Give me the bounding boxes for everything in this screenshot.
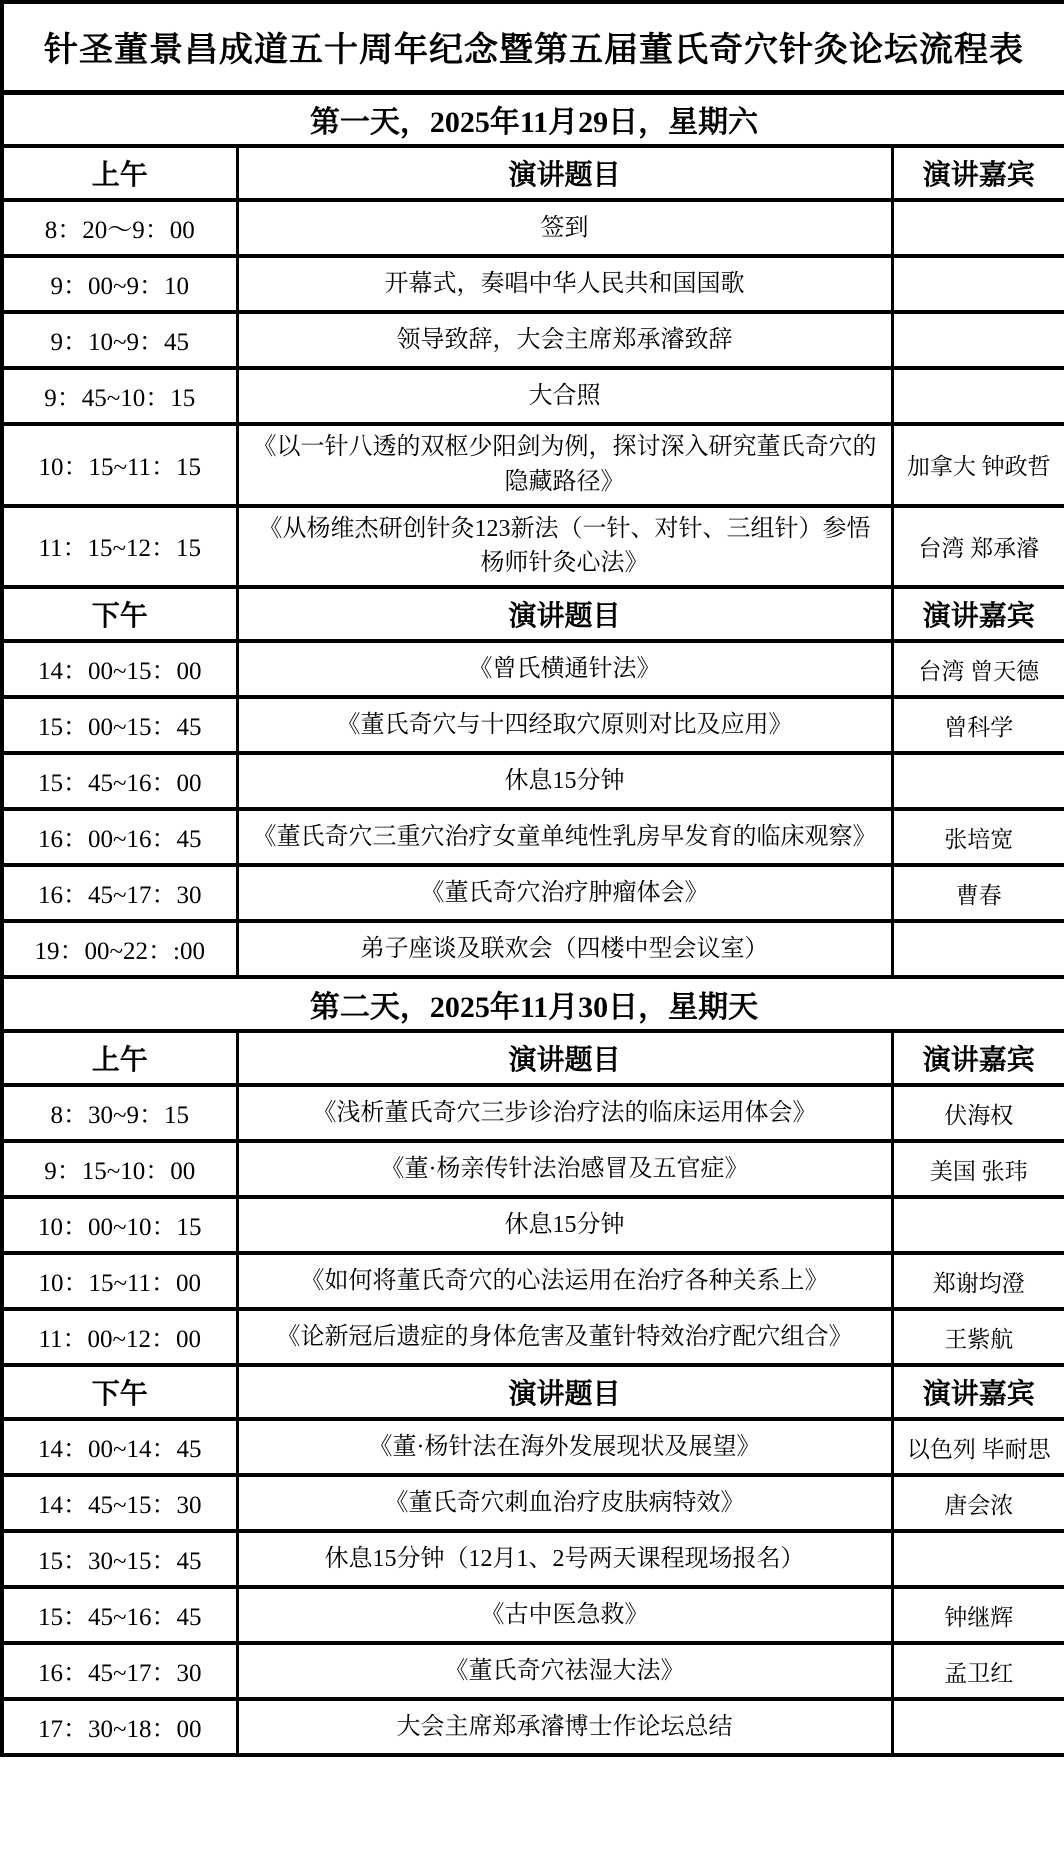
page-title: 针圣董景昌成道五十周年纪念暨第五届董氏奇穴针灸论坛流程表 (2, 2, 1064, 92)
table-title-row: 针圣董景昌成道五十周年纪念暨第五届董氏奇穴针灸论坛流程表 (2, 2, 1064, 92)
day-header-row: 第二天，2025年11月30日，星期天 (2, 977, 1064, 1031)
time-cell: 16：45~17：30 (2, 865, 237, 921)
schedule-row: 14：00~14：45《董·杨针法在海外发展现状及展望》以色列 毕耐思 (2, 1419, 1064, 1475)
speaker-cell: 台湾 郑承濬 (892, 506, 1064, 588)
topic-cell: 大合照 (237, 368, 892, 424)
period-header: 上午 (2, 1031, 237, 1085)
speaker-cell (892, 312, 1064, 368)
section-header-row: 上午演讲题目演讲嘉宾 (2, 146, 1064, 200)
speaker-column-header: 演讲嘉宾 (892, 1365, 1064, 1419)
topic-cell: 《董氏奇穴三重穴治疗女童单纯性乳房早发育的临床观察》 (237, 809, 892, 865)
topic-cell: 休息15分钟 (237, 753, 892, 809)
time-cell: 16：00~16：45 (2, 809, 237, 865)
schedule-row: 15：45~16：45《古中医急救》钟继辉 (2, 1587, 1064, 1643)
topic-cell: 《董氏奇穴刺血治疗皮肤病特效》 (237, 1475, 892, 1531)
time-cell: 14：00~15：00 (2, 641, 237, 697)
topic-cell: 大会主席郑承濬博士作论坛总结 (237, 1699, 892, 1755)
period-header: 下午 (2, 1365, 237, 1419)
schedule-row: 15：00~15：45《董氏奇穴与十四经取穴原则对比及应用》曾科学 (2, 697, 1064, 753)
schedule-row: 10：15~11：00《如何将董氏奇穴的心法运用在治疗各种关系上》郑谢均澄 (2, 1253, 1064, 1309)
speaker-cell: 郑谢均澄 (892, 1253, 1064, 1309)
schedule-row: 16：45~17：30《董氏奇穴祛湿大法》孟卫红 (2, 1643, 1064, 1699)
schedule-row: 16：45~17：30《董氏奇穴治疗肿瘤体会》曹春 (2, 865, 1064, 921)
topic-cell: 休息15分钟 (237, 1197, 892, 1253)
schedule-row: 8：30~9：15《浅析董氏奇穴三步诊治疗法的临床运用体会》伏海权 (2, 1085, 1064, 1141)
time-cell: 11：15~12：15 (2, 506, 237, 588)
topic-cell: 《浅析董氏奇穴三步诊治疗法的临床运用体会》 (237, 1085, 892, 1141)
speaker-cell (892, 753, 1064, 809)
schedule-row: 10：00~10：15休息15分钟 (2, 1197, 1064, 1253)
speaker-cell: 曾科学 (892, 697, 1064, 753)
time-cell: 10：15~11：00 (2, 1253, 237, 1309)
topic-cell: 《曾氏横通针法》 (237, 641, 892, 697)
section-header-row: 下午演讲题目演讲嘉宾 (2, 1365, 1064, 1419)
speaker-cell: 台湾 曾天德 (892, 641, 1064, 697)
topic-cell: 《董氏奇穴祛湿大法》 (237, 1643, 892, 1699)
time-cell: 17：30~18：00 (2, 1699, 237, 1755)
topic-cell: 《董·杨针法在海外发展现状及展望》 (237, 1419, 892, 1475)
schedule-row: 11：15~12：15《从杨维杰研创针灸123新法（一针、对针、三组针）参悟杨师… (2, 506, 1064, 588)
time-cell: 8：30~9：15 (2, 1085, 237, 1141)
speaker-cell (892, 256, 1064, 312)
time-cell: 16：45~17：30 (2, 1643, 237, 1699)
topic-column-header: 演讲题目 (237, 1031, 892, 1085)
schedule-row: 17：30~18：00大会主席郑承濬博士作论坛总结 (2, 1699, 1064, 1755)
speaker-cell: 孟卫红 (892, 1643, 1064, 1699)
speaker-column-header: 演讲嘉宾 (892, 146, 1064, 200)
period-header: 上午 (2, 146, 237, 200)
schedule-row: 9：00~9：10开幕式，奏唱中华人民共和国国歌 (2, 256, 1064, 312)
speaker-cell: 美国 张玮 (892, 1141, 1064, 1197)
topic-cell: 《董氏奇穴治疗肿瘤体会》 (237, 865, 892, 921)
topic-cell: 签到 (237, 200, 892, 256)
time-cell: 8：20～9：00 (2, 200, 237, 256)
schedule-row: 9：45~10：15大合照 (2, 368, 1064, 424)
speaker-column-header: 演讲嘉宾 (892, 587, 1064, 641)
topic-cell: 《从杨维杰研创针灸123新法（一针、对针、三组针）参悟杨师针灸心法》 (237, 506, 892, 588)
schedule-row: 11：00~12：00《论新冠后遗症的身体危害及董针特效治疗配穴组合》王紫航 (2, 1309, 1064, 1365)
topic-cell: 休息15分钟（12月1、2号两天课程现场报名） (237, 1531, 892, 1587)
time-cell: 9：00~9：10 (2, 256, 237, 312)
speaker-cell: 加拿大 钟政哲 (892, 424, 1064, 506)
speaker-cell (892, 368, 1064, 424)
schedule-row: 19：00~22：:00弟子座谈及联欢会（四楼中型会议室） (2, 921, 1064, 977)
topic-cell: 《古中医急救》 (237, 1587, 892, 1643)
topic-cell: 《董氏奇穴与十四经取穴原则对比及应用》 (237, 697, 892, 753)
time-cell: 19：00~22：:00 (2, 921, 237, 977)
topic-cell: 《董·杨亲传针法治感冒及五官症》 (237, 1141, 892, 1197)
time-cell: 10：00~10：15 (2, 1197, 237, 1253)
speaker-cell: 以色列 毕耐思 (892, 1419, 1064, 1475)
topic-column-header: 演讲题目 (237, 146, 892, 200)
topic-cell: 弟子座谈及联欢会（四楼中型会议室） (237, 921, 892, 977)
speaker-column-header: 演讲嘉宾 (892, 1031, 1064, 1085)
speaker-cell (892, 200, 1064, 256)
section-header-row: 下午演讲题目演讲嘉宾 (2, 587, 1064, 641)
schedule-row: 15：45~16：00休息15分钟 (2, 753, 1064, 809)
topic-cell: 《如何将董氏奇穴的心法运用在治疗各种关系上》 (237, 1253, 892, 1309)
time-cell: 15：45~16：00 (2, 753, 237, 809)
speaker-cell: 曹春 (892, 865, 1064, 921)
speaker-cell (892, 921, 1064, 977)
schedule-row: 8：20～9：00签到 (2, 200, 1064, 256)
speaker-cell: 王紫航 (892, 1309, 1064, 1365)
time-cell: 9：15~10：00 (2, 1141, 237, 1197)
time-cell: 9：45~10：15 (2, 368, 237, 424)
time-cell: 14：45~15：30 (2, 1475, 237, 1531)
topic-cell: 开幕式，奏唱中华人民共和国国歌 (237, 256, 892, 312)
speaker-cell (892, 1197, 1064, 1253)
time-cell: 15：45~16：45 (2, 1587, 237, 1643)
day-header: 第二天，2025年11月30日，星期天 (2, 977, 1064, 1031)
schedule-row: 10：15~11：15《以一针八透的双枢少阳剑为例，探讨深入研究董氏奇穴的隐藏路… (2, 424, 1064, 506)
section-header-row: 上午演讲题目演讲嘉宾 (2, 1031, 1064, 1085)
schedule-row: 15：30~15：45休息15分钟（12月1、2号两天课程现场报名） (2, 1531, 1064, 1587)
speaker-cell (892, 1531, 1064, 1587)
day-header: 第一天，2025年11月29日，星期六 (2, 92, 1064, 146)
speaker-cell: 钟继辉 (892, 1587, 1064, 1643)
schedule-row: 14：45~15：30《董氏奇穴刺血治疗皮肤病特效》唐会浓 (2, 1475, 1064, 1531)
time-cell: 15：00~15：45 (2, 697, 237, 753)
speaker-cell: 唐会浓 (892, 1475, 1064, 1531)
period-header: 下午 (2, 587, 237, 641)
speaker-cell: 伏海权 (892, 1085, 1064, 1141)
schedule-row: 9：10~9：45领导致辞，大会主席郑承濬致辞 (2, 312, 1064, 368)
schedule-table: 针圣董景昌成道五十周年纪念暨第五届董氏奇穴针灸论坛流程表 第一天，2025年11… (0, 0, 1064, 1757)
topic-cell: 领导致辞，大会主席郑承濬致辞 (237, 312, 892, 368)
topic-cell: 《论新冠后遗症的身体危害及董针特效治疗配穴组合》 (237, 1309, 892, 1365)
time-cell: 15：30~15：45 (2, 1531, 237, 1587)
topic-column-header: 演讲题目 (237, 1365, 892, 1419)
schedule-row: 9：15~10：00《董·杨亲传针法治感冒及五官症》美国 张玮 (2, 1141, 1064, 1197)
time-cell: 14：00~14：45 (2, 1419, 237, 1475)
speaker-cell: 张培宽 (892, 809, 1064, 865)
topic-cell: 《以一针八透的双枢少阳剑为例，探讨深入研究董氏奇穴的隐藏路径》 (237, 424, 892, 506)
schedule-row: 14：00~15：00《曾氏横通针法》台湾 曾天德 (2, 641, 1064, 697)
speaker-cell (892, 1699, 1064, 1755)
topic-column-header: 演讲题目 (237, 587, 892, 641)
schedule-row: 16：00~16：45《董氏奇穴三重穴治疗女童单纯性乳房早发育的临床观察》张培宽 (2, 809, 1064, 865)
time-cell: 10：15~11：15 (2, 424, 237, 506)
day-header-row: 第一天，2025年11月29日，星期六 (2, 92, 1064, 146)
time-cell: 11：00~12：00 (2, 1309, 237, 1365)
time-cell: 9：10~9：45 (2, 312, 237, 368)
